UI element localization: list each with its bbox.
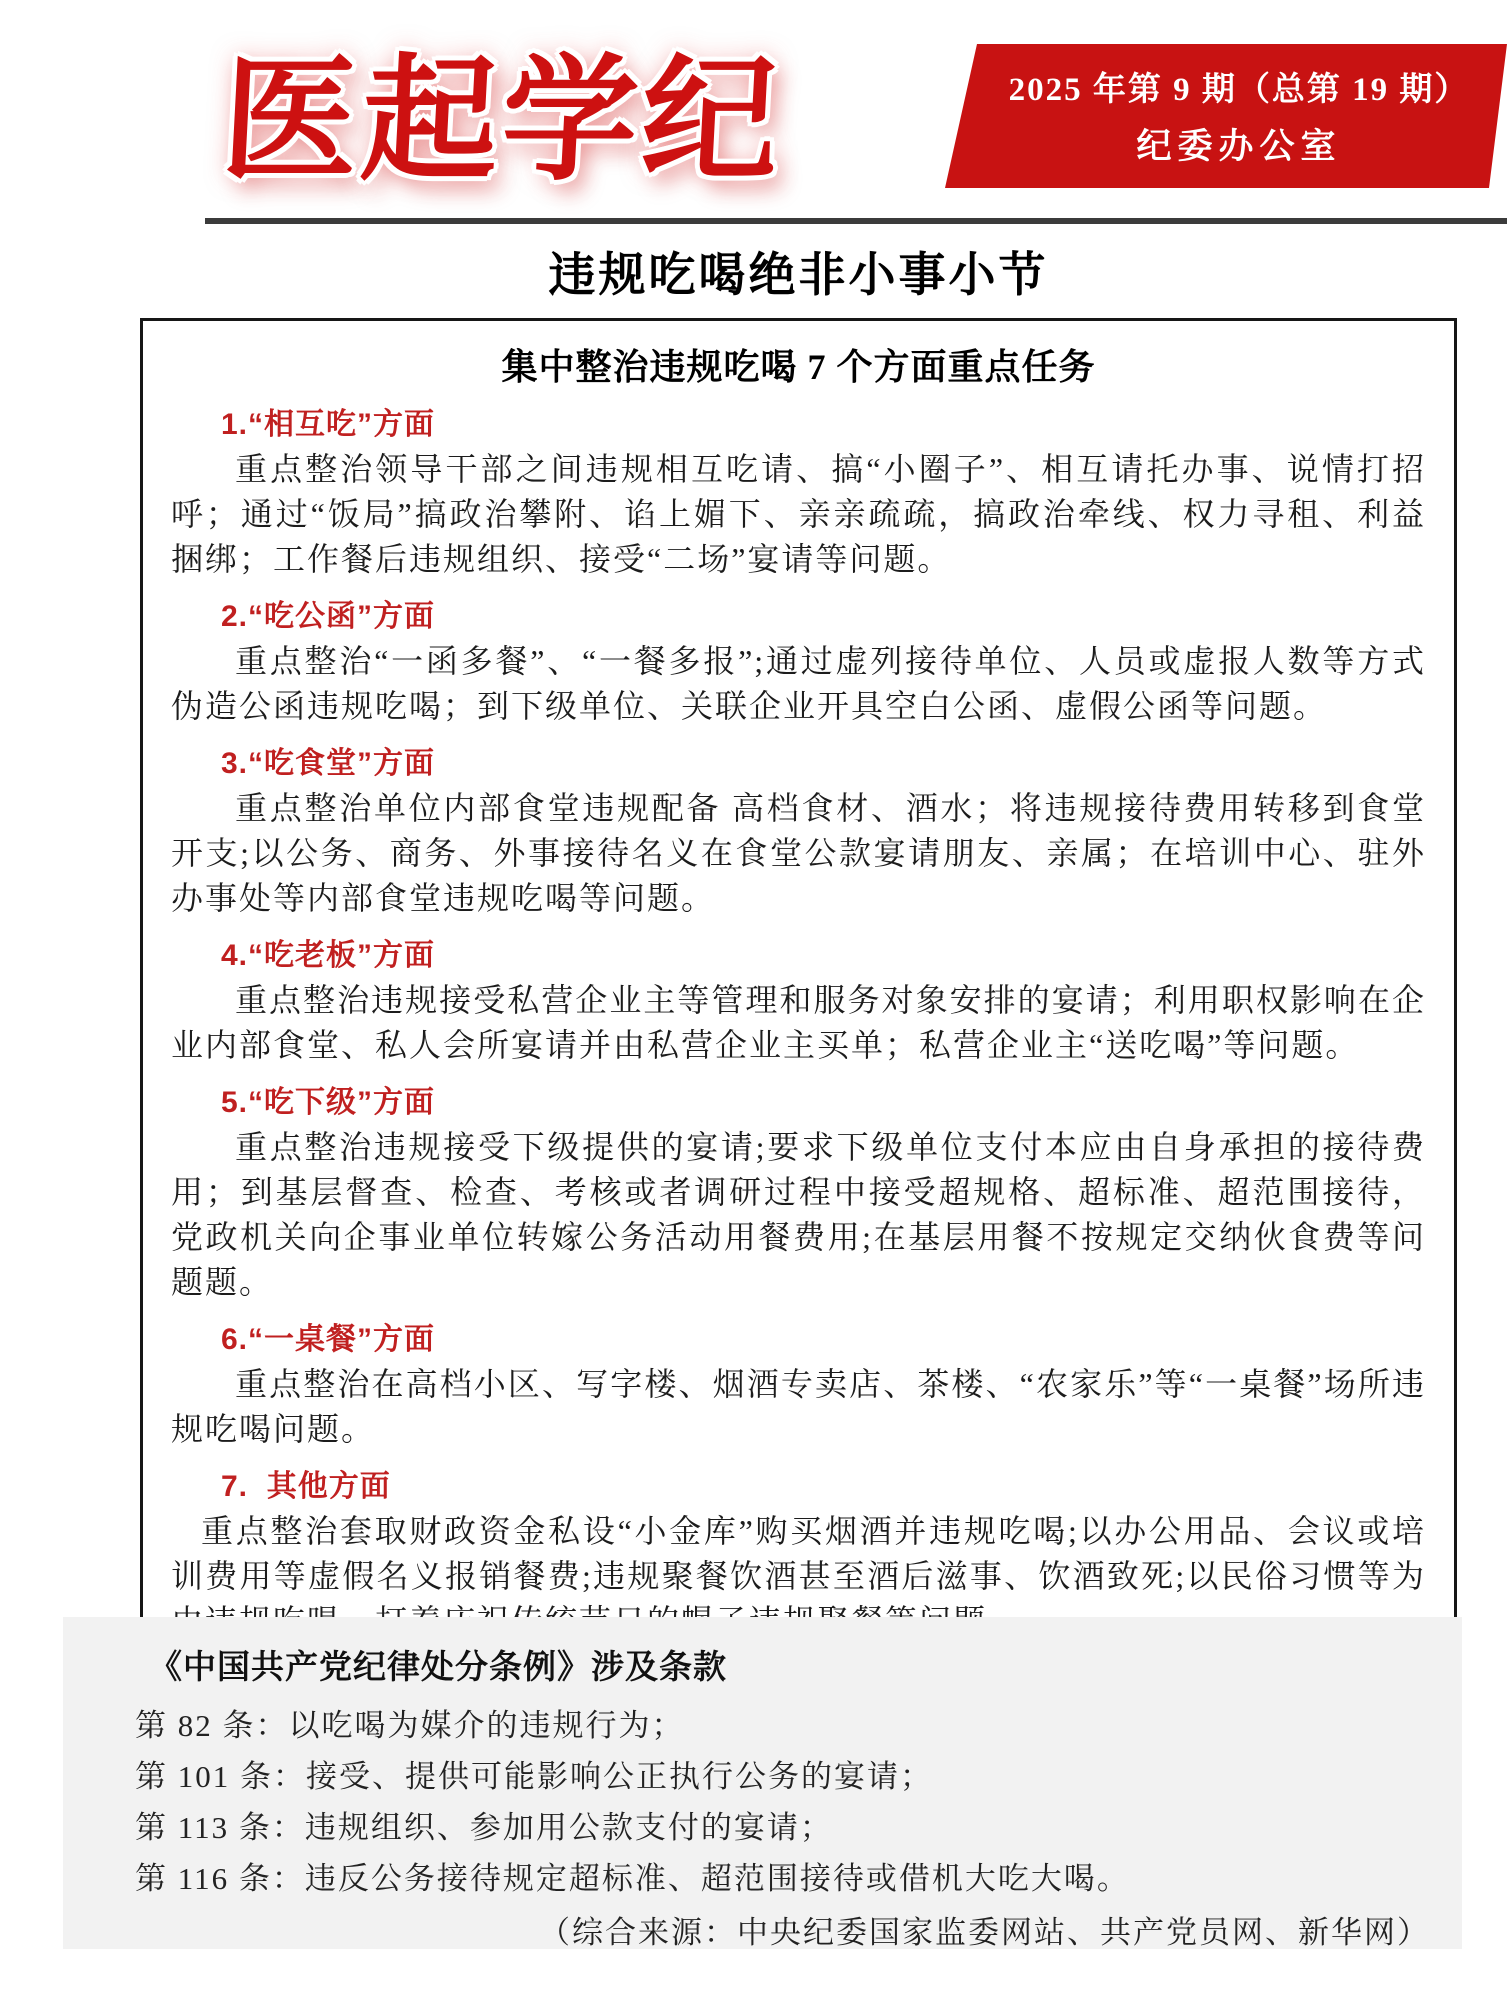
task-box-title: 集中整治违规吃喝 7 个方面重点任务 bbox=[171, 339, 1426, 390]
task-section-5: 5.“吃下级”方面 重点整治违规接受下级提供的宴请;要求下级单位支付本应由自身承… bbox=[171, 1077, 1426, 1305]
source-line: （综合来源：中央纪委国家监委网站、共产党员网、新华网） bbox=[135, 1910, 1436, 1956]
task-box: 集中整治违规吃喝 7 个方面重点任务 1.“相互吃”方面 重点整治领导干部之间违… bbox=[140, 318, 1457, 1665]
regulation-item-101: 第 101 条：接受、提供可能影响公正执行公务的宴请； bbox=[135, 1751, 1436, 1802]
regulation-item-82: 第 82 条：以吃喝为媒介的违规行为； bbox=[135, 1700, 1436, 1751]
task-body-1: 重点整治领导干部之间违规相互吃请、搞“小圈子”、相互请托办事、说情打招呼；通过“… bbox=[171, 447, 1426, 582]
regulation-item-116: 第 116 条：违反公务接待规定超标准、超范围接待或借机大吃大喝。 bbox=[135, 1853, 1436, 1904]
task-section-6: 6.“一桌餐”方面 重点整治在高档小区、写字楼、烟酒专卖店、茶楼、“农家乐”等“… bbox=[171, 1314, 1426, 1452]
task-section-1: 1.“相互吃”方面 重点整治领导干部之间违规相互吃请、搞“小圈子”、相互请托办事… bbox=[171, 399, 1426, 582]
task-heading-3: 3.“吃食堂”方面 bbox=[221, 738, 1426, 782]
task-body-2: 重点整治“一函多餐”、“一餐多报”;通过虚列接待单位、人员或虚报人数等方式伪造公… bbox=[171, 639, 1426, 729]
task-heading-4: 4.“吃老板”方面 bbox=[221, 930, 1426, 974]
office-line: 纪委办公室 bbox=[1136, 119, 1341, 169]
article-title: 违规吃喝绝非小事小节 bbox=[140, 238, 1457, 305]
task-body-6: 重点整治在高档小区、写字楼、烟酒专卖店、茶楼、“农家乐”等“一桌餐”场所违规吃喝… bbox=[171, 1362, 1426, 1452]
task-section-3: 3.“吃食堂”方面 重点整治单位内部食堂违规配备 高档食材、酒水；将违规接待费用… bbox=[171, 738, 1426, 921]
masthead-rule bbox=[205, 218, 1507, 224]
issue-banner: 2025 年第 9 期（总第 19 期） 纪委办公室 bbox=[945, 44, 1507, 188]
task-heading-7: 7. 其他方面 bbox=[221, 1461, 1426, 1505]
task-heading-2: 2.“吃公函”方面 bbox=[221, 591, 1426, 635]
regulations-panel: 《中国共产党纪律处分条例》涉及条款 第 82 条：以吃喝为媒介的违规行为； 第 … bbox=[63, 1617, 1462, 1949]
task-body-4: 重点整治违规接受私营企业主等管理和服务对象安排的宴请；利用职权影响在企业内部食堂… bbox=[171, 978, 1426, 1068]
task-section-2: 2.“吃公函”方面 重点整治“一函多餐”、“一餐多报”;通过虚列接待单位、人员或… bbox=[171, 591, 1426, 729]
task-body-5: 重点整治违规接受下级提供的宴请;要求下级单位支付本应由自身承担的接待费用；到基层… bbox=[171, 1125, 1426, 1305]
task-heading-1: 1.“相互吃”方面 bbox=[221, 399, 1426, 443]
task-body-3: 重点整治单位内部食堂违规配备 高档食材、酒水；将违规接待费用转移到食堂开支;以公… bbox=[171, 786, 1426, 921]
newsletter-page: 医起学纪 2025 年第 9 期（总第 19 期） 纪委办公室 违规吃喝绝非小事… bbox=[0, 0, 1507, 2000]
task-heading-5: 5.“吃下级”方面 bbox=[221, 1077, 1426, 1121]
issue-line: 2025 年第 9 期（总第 19 期） bbox=[1009, 63, 1470, 110]
task-section-4: 4.“吃老板”方面 重点整治违规接受私营企业主等管理和服务对象安排的宴请；利用职… bbox=[171, 930, 1426, 1068]
regulation-item-113: 第 113 条：违规组织、参加用公款支付的宴请； bbox=[135, 1802, 1436, 1853]
masthead-logo: 医起学纪 bbox=[218, 40, 786, 200]
regulations-title: 《中国共产党纪律处分条例》涉及条款 bbox=[149, 1641, 1436, 1688]
task-heading-6: 6.“一桌餐”方面 bbox=[221, 1314, 1426, 1358]
